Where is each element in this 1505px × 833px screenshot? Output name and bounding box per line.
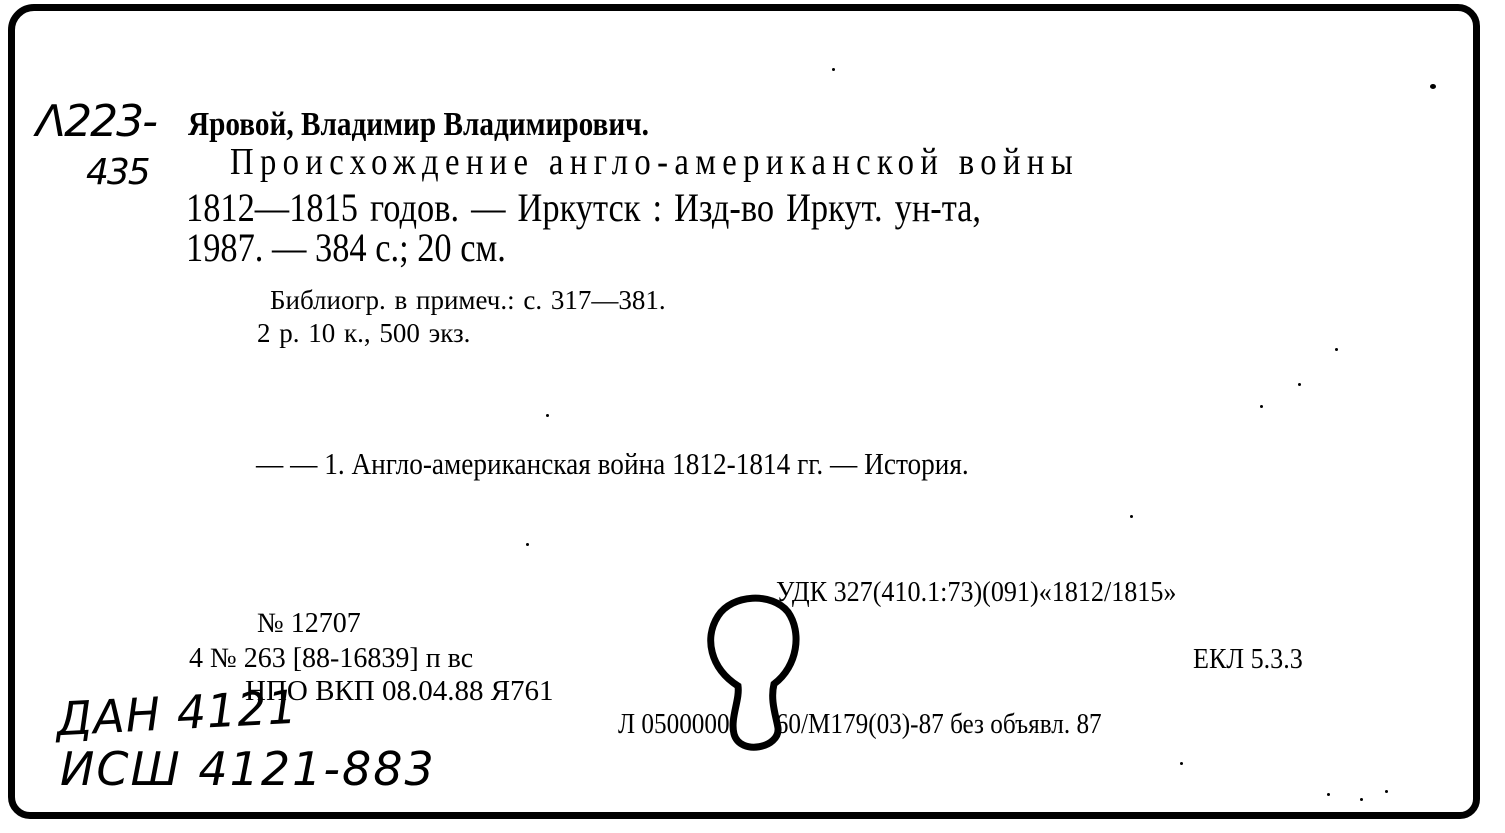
speck — [546, 414, 549, 417]
speck — [1430, 84, 1436, 89]
speck — [1130, 515, 1133, 518]
handwritten-cutter-number: 435 — [86, 152, 149, 193]
speck — [526, 543, 529, 546]
handwritten-inventory-line2: ИСШ 4121-883 — [60, 742, 436, 796]
speck — [832, 68, 835, 71]
title-line-3: 1987. — 384 с.; 20 см. — [186, 224, 506, 271]
speck — [1298, 383, 1301, 386]
title-line-1: Происхождение англо-американской войны — [230, 140, 1079, 184]
handwritten-classification-code: Λ223- — [36, 96, 156, 147]
order-number: № 12707 — [257, 608, 361, 640]
speck — [1327, 793, 1330, 796]
speck — [1260, 405, 1263, 408]
price-run-note: 2 р. 10 к., 500 экз. — [257, 318, 470, 349]
licence-line: Л 0500000000-60/М179(03)-87 без объявл. … — [618, 709, 1102, 741]
ekl-classification: ЕКЛ 5.3.3 — [1193, 643, 1303, 676]
speck — [1385, 790, 1388, 793]
speck — [1335, 348, 1338, 351]
bibliography-note: Библиогр. в примеч.: с. 317—381. — [270, 285, 666, 316]
speck — [1360, 798, 1363, 801]
udc-classification: УДК 327(410.1:73)(091)«1812/1815» — [776, 576, 1176, 609]
rod-hole-icon — [700, 588, 810, 758]
card-series: 4 № 263 [88-16839] п вс — [189, 643, 473, 675]
printer-imprint: НПО ВКП 08.04.88 Я761 — [245, 675, 554, 708]
author-heading: Яровой, Владимир Владимирович. — [188, 106, 649, 144]
subject-tracing: — — 1. Англо-американская война 1812-181… — [256, 446, 969, 482]
speck — [1180, 762, 1183, 765]
